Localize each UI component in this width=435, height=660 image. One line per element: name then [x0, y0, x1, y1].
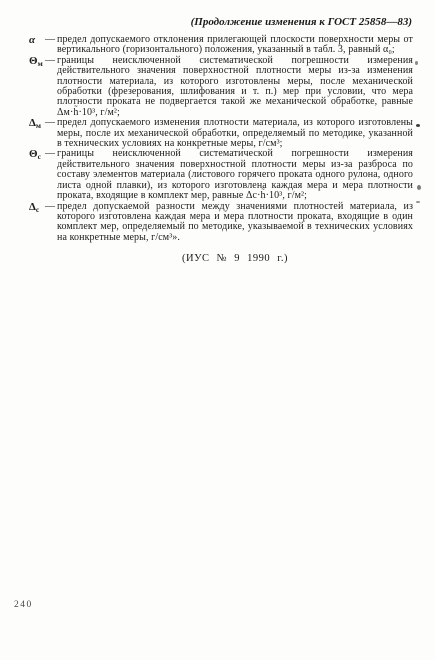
definition-text: предел допускаемой разности между значен…	[57, 202, 413, 244]
page-header: (Продолжение изменения к ГОСТ 25858—83)	[0, 0, 435, 28]
document-page: (Продолжение изменения к ГОСТ 25858—83) …	[0, 0, 435, 660]
symbol-alpha: α	[29, 35, 43, 48]
definition-text: предел допускаемого изменения плотности …	[57, 118, 413, 149]
symbol-base: Θ	[29, 55, 38, 67]
definition-text: границы неисключенной систематической по…	[57, 149, 413, 201]
definition-delta-c: Δс — предел допускаемой разности между з…	[29, 202, 413, 244]
dash-separator: —	[43, 202, 57, 212]
definition-theta-m: Θм — границы неисключенной систематическ…	[29, 56, 413, 118]
symbol-base: Δ	[29, 117, 36, 129]
symbol-sub: с	[38, 152, 41, 161]
definition-alpha: α — предел допускаемого отклонения приле…	[29, 35, 413, 56]
scan-speck	[416, 201, 420, 203]
symbol-delta-m: Δм	[29, 118, 43, 131]
dash-separator: —	[43, 118, 57, 128]
dash-separator: —	[43, 35, 57, 45]
symbol-sub: м	[36, 121, 41, 130]
dash-separator: —	[43, 56, 57, 66]
symbol-theta-c: Θс	[29, 149, 43, 162]
definitions-list: α — предел допускаемого отклонения приле…	[29, 35, 413, 243]
definition-theta-c: Θс — границы неисключенной систематическ…	[29, 149, 413, 201]
scan-speck	[417, 185, 421, 190]
scan-speck	[416, 124, 420, 127]
symbol-sub: м	[38, 59, 43, 68]
scan-speck	[415, 61, 418, 65]
symbol-sub: с	[36, 205, 39, 214]
page-number: 240	[14, 600, 33, 610]
symbol-delta-c: Δс	[29, 202, 43, 215]
symbol-theta-m: Θм	[29, 56, 43, 69]
dash-separator: —	[43, 149, 57, 159]
symbol-base: Θ	[29, 148, 38, 160]
definition-delta-m: Δм — предел допускаемого изменения плотн…	[29, 118, 413, 149]
definition-text: предел допускаемого отклонения прилегающ…	[57, 35, 413, 56]
symbol-base: α	[29, 34, 35, 46]
definition-text: границы неисключенной систематической по…	[57, 56, 413, 118]
symbol-base: Δ	[29, 201, 36, 213]
issue-note: (ИУС № 9 1990 г.)	[57, 253, 413, 265]
